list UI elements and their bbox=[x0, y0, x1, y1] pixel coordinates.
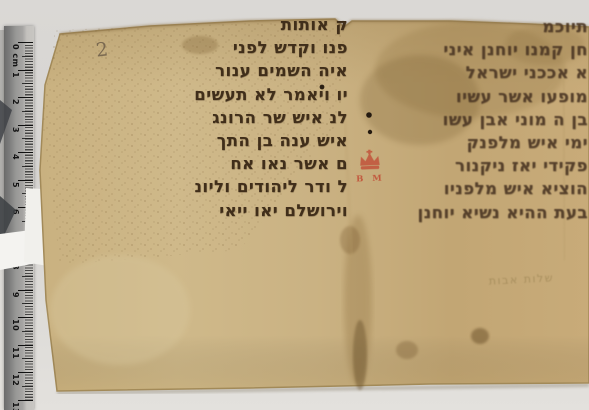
manuscript-text-line: בן ה מוני אבן עשו bbox=[396, 108, 588, 131]
crown-icon bbox=[356, 149, 383, 172]
manuscript-text-line: וירושלם יאו ייאי bbox=[158, 199, 348, 222]
manuscript-text-line: בעת ההיא נשיא יוחנן bbox=[396, 201, 588, 224]
manuscript-text-line: תיוכמ bbox=[396, 15, 588, 38]
manuscript-text-line: ם אשר נאו אח bbox=[158, 152, 348, 175]
library-stamp: B M bbox=[348, 148, 391, 184]
stamp-letters: B M bbox=[349, 173, 391, 184]
manuscript-text-line: פנו וקדש לפני bbox=[158, 36, 348, 59]
manuscript-text-line: ק אותות bbox=[158, 13, 348, 36]
manuscript-text-line: לנ איש שר הרונג bbox=[158, 106, 348, 129]
text-column-right: תיוכמחן קמנו יוחנן איניא אככני ישראלמופע… bbox=[396, 15, 588, 224]
folio-number: 2 bbox=[95, 38, 109, 61]
manuscript-text-line: ימי איש מלפנק bbox=[396, 131, 588, 154]
manuscript-text-line: א אככני ישראל bbox=[396, 61, 588, 84]
manuscript-text-line: יו ויאמר לא תעשים bbox=[158, 83, 348, 106]
manuscript-text-line: איה השמים ענור bbox=[158, 59, 348, 82]
text-column-left: ק אותותפנו וקדש לפניאיה השמים ענוריו ויא… bbox=[158, 13, 348, 222]
manuscript-text-line: הוציא איש מלפניו bbox=[396, 177, 588, 200]
manuscript-text-line: ל ודר ליהודים וליונ bbox=[158, 175, 348, 198]
shadow-wedge bbox=[0, 100, 12, 144]
manuscript-text-line: איש ענה בן התך bbox=[158, 129, 348, 152]
manuscript-text-line: חן קמנו יוחנן איני bbox=[396, 38, 588, 61]
manuscript-text-line: מופעו אשר עשיו bbox=[396, 85, 588, 108]
manuscript-photo: 0 cm12345678910111213 bbox=[0, 0, 589, 410]
manuscript-text-line: פקידי יאז ניקנור bbox=[396, 154, 588, 177]
